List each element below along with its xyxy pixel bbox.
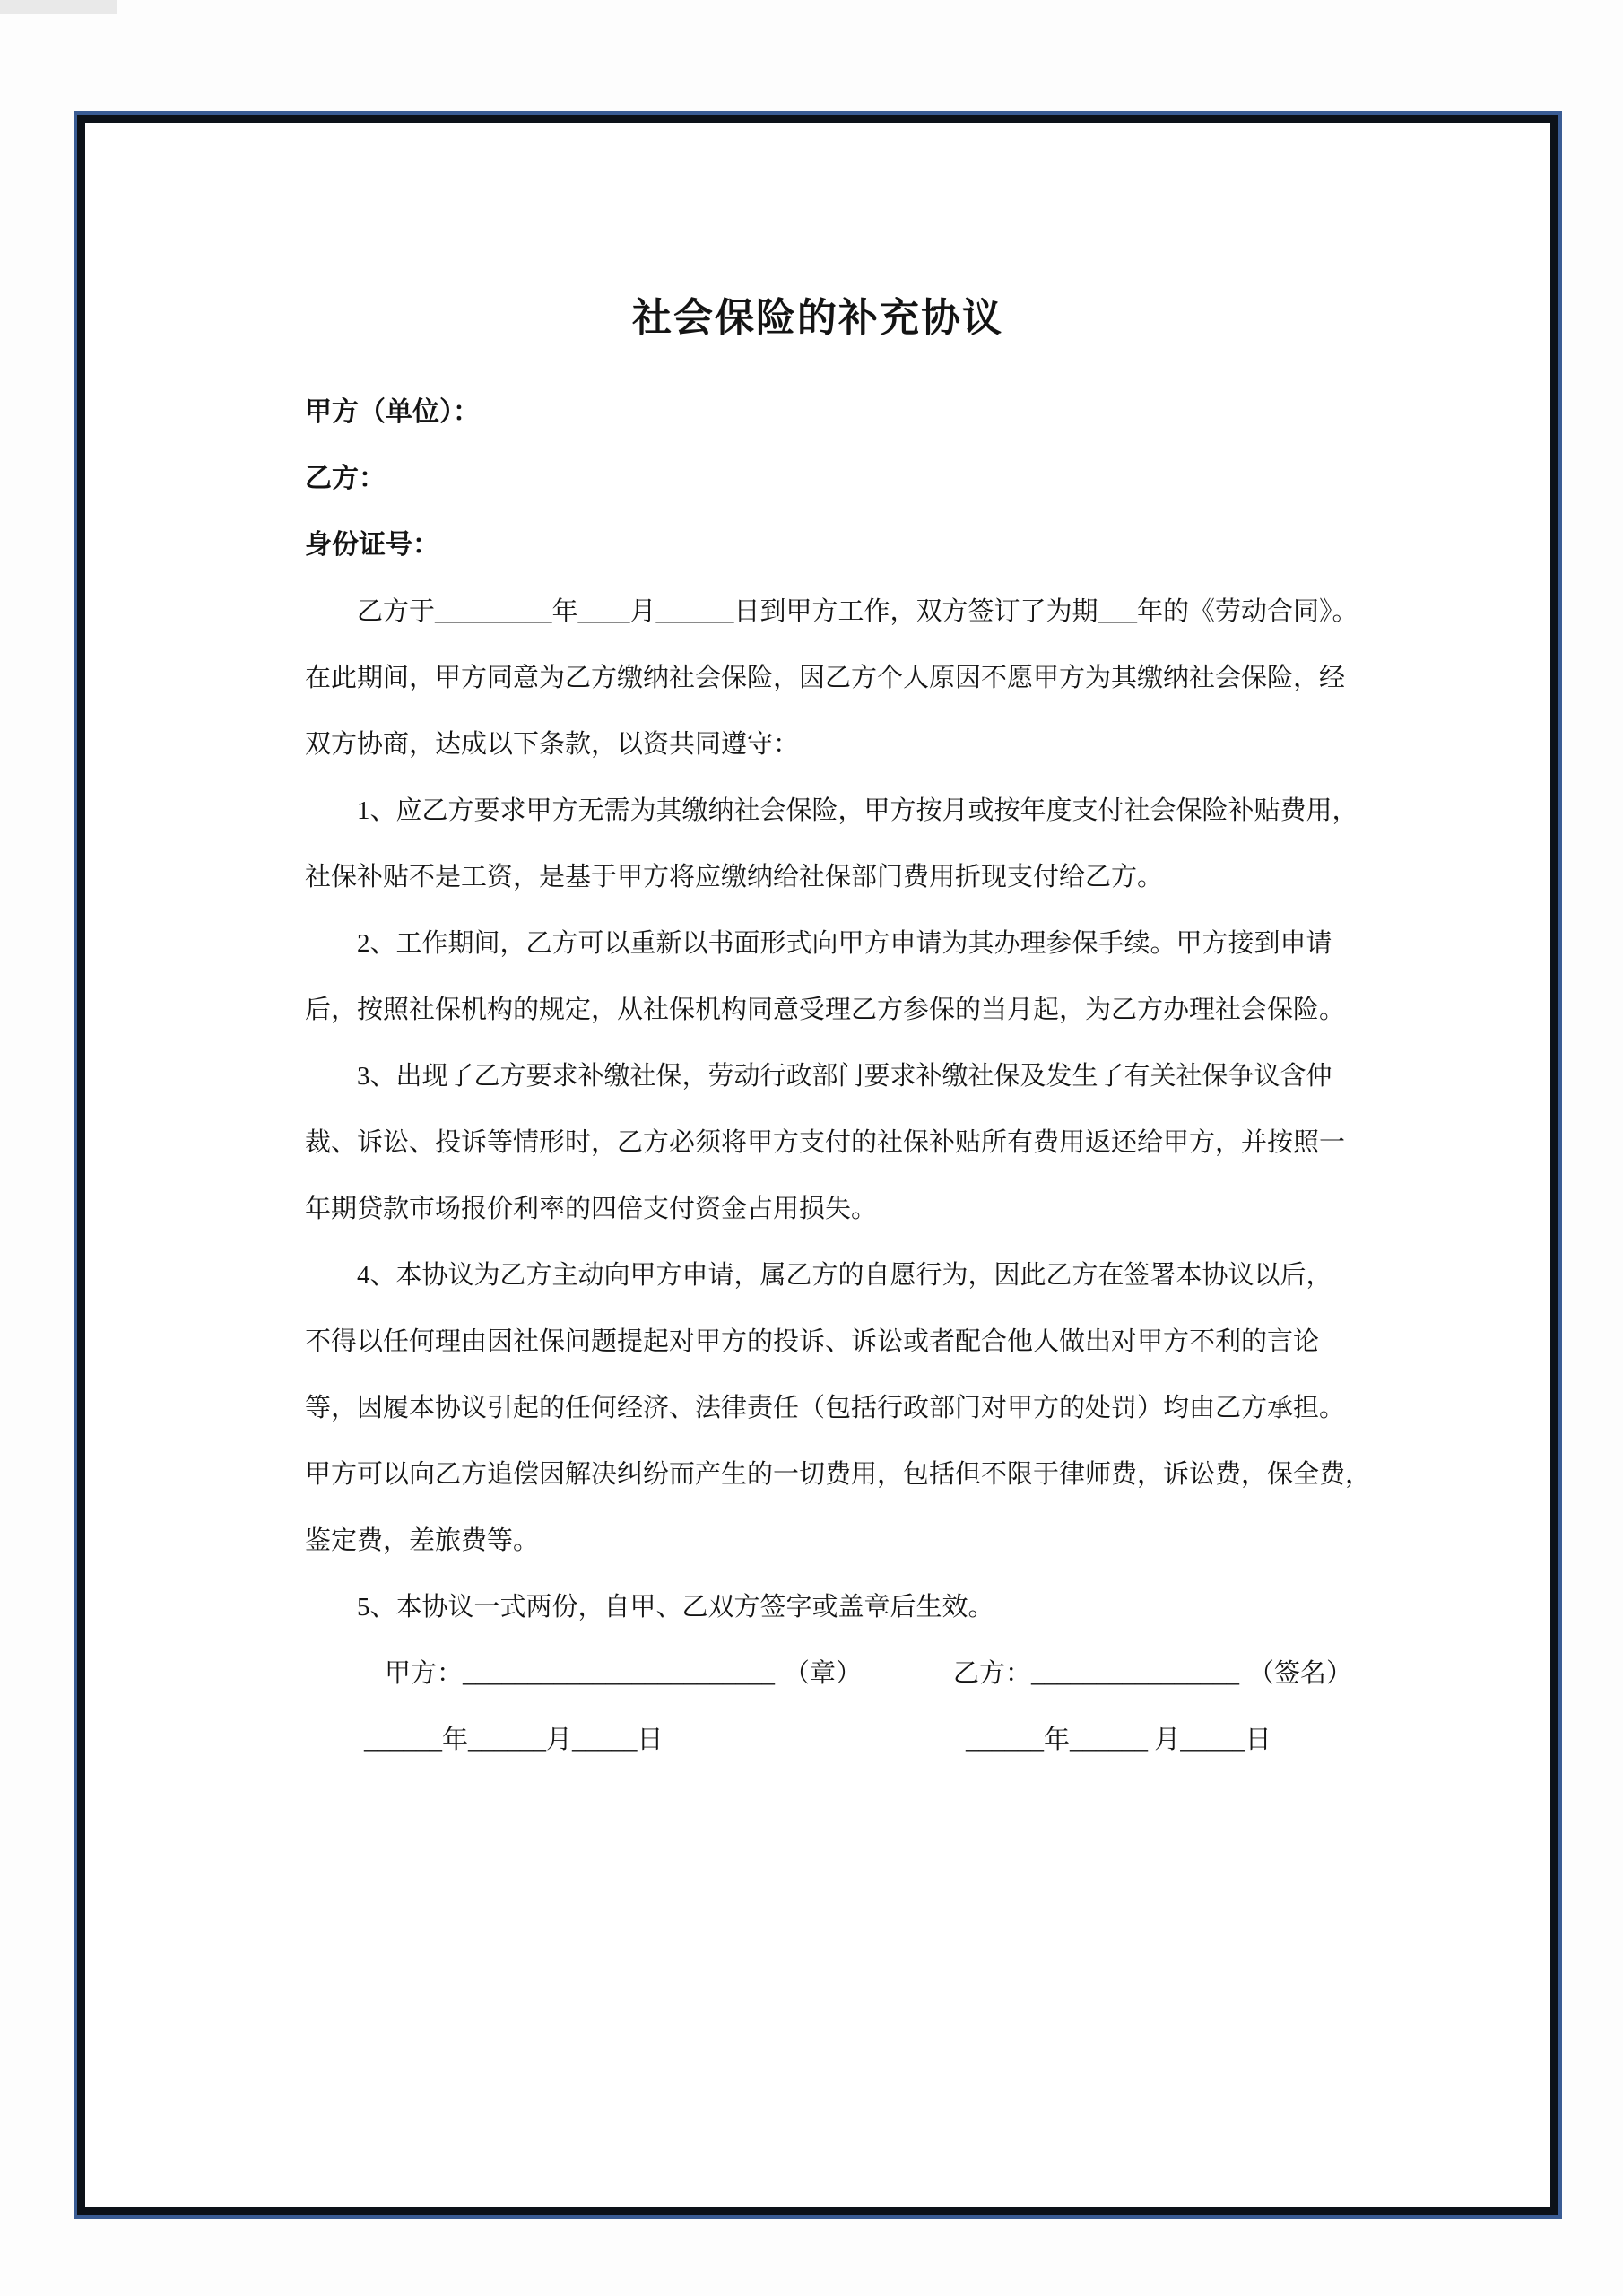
scan-artifact — [0, 0, 117, 14]
body-line: 年期贷款市场报价利率的四倍支付资金占用损失。 — [305, 1176, 1358, 1242]
body-line: 鉴定费，差旅费等。 — [305, 1508, 1358, 1574]
body-line-clause-4: 4、本协议为乙方主动向甲方申请，属乙方的自愿行为，因此乙方在签署本协议以后， — [305, 1242, 1358, 1309]
page-border-frame: 社会保险的补充协议 甲方（单位）： 乙方： 身份证号： 乙方于_________… — [77, 115, 1558, 2215]
body-line-clause-3: 3、出现了乙方要求补缴社保，劳动行政部门要求补缴社保及发生了有关社保争议含仲 — [305, 1043, 1358, 1109]
party-b-date-blank: ______年______ 月_____日 — [966, 1724, 1271, 1756]
party-b-signature: 乙方：________________（签名） — [953, 1657, 1352, 1690]
party-a-label: 甲方（单位）： — [305, 379, 1358, 446]
party-a-sign-label: 甲方： — [385, 1659, 463, 1688]
body-line-clause-5: 5、本协议一式两份，自甲、乙双方签字或盖章后生效。 — [305, 1574, 1358, 1640]
page-title: 社会保险的补充协议 — [85, 299, 1550, 338]
body-line: 在此期间，甲方同意为乙方缴纳社会保险，因乙方个人原因不愿甲方为其缴纳社会保险，经 — [305, 645, 1358, 711]
body-line: 裁、诉讼、投诉等情形时，乙方必须将甲方支付的社保补贴所有费用返还给甲方，并按照一 — [305, 1109, 1358, 1176]
party-b-label: 乙方： — [305, 446, 1358, 512]
date-row: ______年______月_____日 ______年______ 月____… — [305, 1707, 1358, 1773]
body-line: 后，按照社保机构的规定，从社保机构同意受理乙方参保的当月起，为乙方办理社会保险。 — [305, 977, 1358, 1043]
party-b-sign-label: 乙方： — [953, 1659, 1031, 1688]
body-line: 乙方于_________年____月______日到甲方工作，双方签订了为期__… — [305, 578, 1358, 645]
party-a-seal-label: （章） — [784, 1659, 862, 1688]
party-a-signature-blank: ________________________ — [463, 1659, 775, 1688]
body-line: 等，因履本协议引起的任何经济、法律责任（包括行政部门对甲方的处罚）均由乙方承担。 — [305, 1375, 1358, 1441]
party-b-signature-blank: ________________ — [1031, 1659, 1239, 1688]
body-line: 社保补贴不是工资，是基于甲方将应缴纳给社保部门费用折现支付给乙方。 — [305, 844, 1358, 910]
party-b-seal-label: （签名） — [1248, 1659, 1352, 1688]
text-column: 甲方（单位）： 乙方： 身份证号： 乙方于_________年____月____… — [305, 379, 1358, 1773]
body-line-clause-2: 2、工作期间，乙方可以重新以书面形式向甲方申请为其办理参保手续。甲方接到申请 — [305, 910, 1358, 977]
id-number-label: 身份证号： — [305, 512, 1358, 578]
party-a-signature: 甲方：________________________（章） — [385, 1657, 862, 1690]
party-a-date-blank: ______年______月_____日 — [364, 1724, 664, 1756]
signature-row: 甲方：________________________（章） 乙方：______… — [305, 1640, 1358, 1707]
document-content: 社会保险的补充协议 甲方（单位）： 乙方： 身份证号： 乙方于_________… — [85, 123, 1550, 2207]
body-line: 甲方可以向乙方追偿因解决纠纷而产生的一切费用，包括但不限于律师费，诉讼费，保全费… — [305, 1441, 1358, 1508]
body-line-clause-1: 1、应乙方要求甲方无需为其缴纳社会保险，甲方按月或按年度支付社会保险补贴费用， — [305, 778, 1358, 844]
body-line: 双方协商，达成以下条款，以资共同遵守： — [305, 711, 1358, 778]
body-line: 不得以任何理由因社保问题提起对甲方的投诉、诉讼或者配合他人做出对甲方不利的言论 — [305, 1309, 1358, 1375]
